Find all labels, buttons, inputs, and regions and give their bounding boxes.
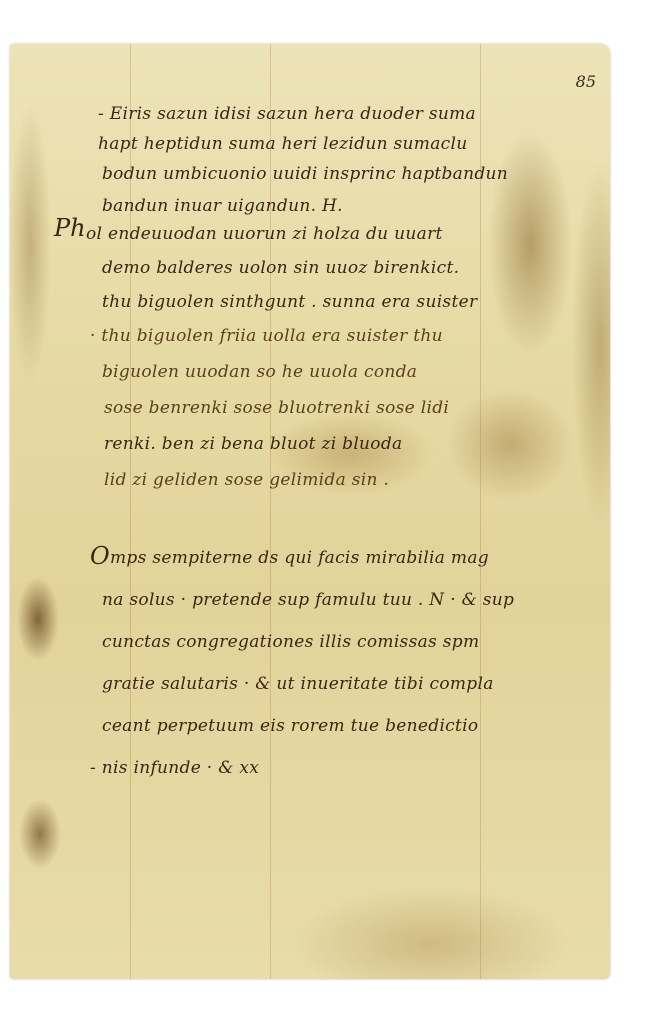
parchment-crease: [480, 44, 481, 979]
charm-two-line-1: ol endeuuodan uuorun zi holza du uuart: [86, 224, 443, 244]
charm-two-line-8: lid zi geliden sose gelimida sin .: [104, 470, 389, 490]
charm-two-line-5: biguolen uuodan so he uuola conda: [102, 362, 417, 382]
prayer-initial: O: [90, 542, 110, 570]
charm-two-line-2: demo balderes uolon sin uuoz birenkict.: [102, 258, 459, 278]
manuscript-leaf: 85 - Eiris sazun idisi sazun hera duoder…: [10, 44, 610, 979]
charm-two-line-6: sose benrenki sose bluotrenki sose lidi: [104, 398, 449, 418]
charm-one-line-4: bandun inuar uigandun. H.: [102, 196, 343, 216]
charm-two-initial: Ph: [54, 214, 86, 242]
charm-two-line-3: thu biguolen sinthgunt . sunna era suist…: [102, 292, 477, 312]
charm-one-line-3: bodun umbicuonio uuidi insprinc haptband…: [102, 164, 508, 184]
charm-one-line-2: hapt heptidun suma heri lezidun sumaclu: [98, 134, 467, 154]
prayer-line-3: cunctas congregationes illis comissas sp…: [102, 632, 479, 652]
folio-number: 85: [576, 72, 596, 91]
prayer-line-2: na solus · pretende sup famulu tuu . N ·…: [102, 590, 514, 610]
parchment-crease: [130, 44, 131, 979]
prayer-line-5: ceant perpetuum eis rorem tue benedictio: [102, 716, 478, 736]
charm-two-line-7: renki. ben zi bena bluot zi bluoda: [104, 434, 402, 454]
prayer-line-6: - nis infunde · & xx: [90, 758, 259, 778]
charm-one-line-1: - Eiris sazun idisi sazun hera duoder su…: [98, 104, 476, 124]
charm-two-line-4: · thu biguolen friia uolla era suister t…: [90, 326, 443, 346]
prayer-line-1: mps sempiterne ds qui facis mirabilia ma…: [110, 548, 489, 568]
prayer-line-4: gratie salutaris · & ut inueritate tibi …: [102, 674, 494, 694]
parchment-crease: [270, 44, 271, 979]
